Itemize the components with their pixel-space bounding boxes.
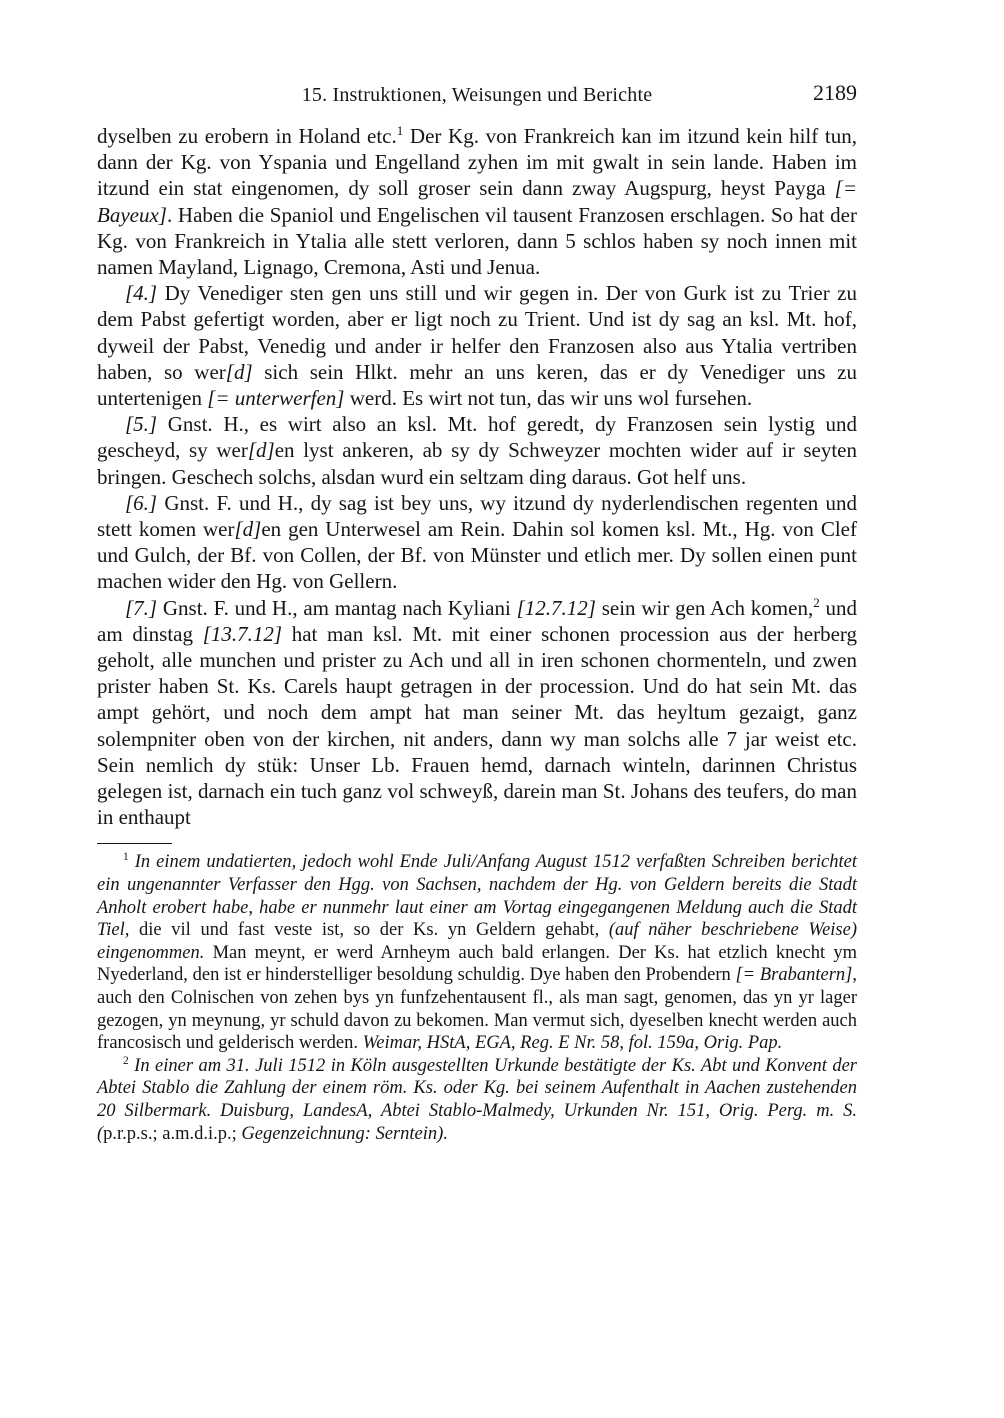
italic-text-run: [7.] — [125, 596, 157, 620]
body-text: dyselben zu erobern in Holand etc.1 Der … — [97, 123, 857, 830]
text-run: Gnst. F. und H., am mantag nach Kyliani — [157, 596, 516, 620]
body-paragraph: dyselben zu erobern in Holand etc.1 Der … — [97, 123, 857, 280]
italic-text-run: [4.] — [125, 281, 157, 305]
italic-text-run: Gegenzeichnung: Serntein). — [237, 1124, 448, 1144]
body-paragraph: [6.] Gnst. F. und H., dy sag ist bey uns… — [97, 490, 857, 595]
italic-text-run: [= unterwerfen] — [207, 386, 344, 410]
running-title: 15. Instruktionen, Weisungen und Bericht… — [302, 84, 653, 106]
italic-text-run: [13.7.12] — [203, 622, 282, 646]
footnote-list: 1 In einem undatierten, jedoch wohl Ende… — [97, 851, 857, 1145]
italic-text-run: [d] — [248, 438, 275, 462]
text-run: p.r.p.s.; a.m.d.i.p.; — [103, 1124, 237, 1144]
italic-text-run: [6.] — [125, 491, 157, 515]
italic-text-run: Weimar, HStA, EGA, Reg. E Nr. 58, fol. 1… — [363, 1033, 783, 1053]
text-run: sein wir gen Ach komen, — [596, 596, 813, 620]
text-run: hat man ksl. Mt. mit einer schonen proce… — [97, 622, 857, 829]
italic-text-run: [d] — [226, 360, 253, 384]
page-number: 2189 — [813, 81, 857, 105]
italic-text-run: [5.] — [125, 412, 157, 436]
footnote-separator — [97, 843, 172, 844]
page-header: 15. Instruktionen, Weisungen und Bericht… — [97, 83, 857, 107]
italic-text-run: [d] — [234, 517, 261, 541]
body-paragraph: [4.] Dy Venediger sten gen uns still und… — [97, 280, 857, 411]
text-run: dyselben zu erobern in Holand etc. — [97, 124, 397, 148]
text-run: . Haben die Spaniol und Engelischen vil … — [97, 203, 857, 279]
footnote: 1 In einem undatierten, jedoch wohl Ende… — [97, 851, 857, 1054]
footnotes-section: 1 In einem undatierten, jedoch wohl Ende… — [97, 843, 857, 1145]
footnote: 2 In einer am 31. Juli 1512 in Köln ausg… — [97, 1055, 857, 1145]
text-run: werd. Es wirt not tun, das wir uns wol f… — [344, 386, 752, 410]
text-run: die vil und fast veste ist, so der Ks. y… — [129, 920, 608, 940]
book-page: 15. Instruktionen, Weisungen und Bericht… — [0, 0, 1004, 1418]
body-paragraph: [5.] Gnst. H., es wirt also an ksl. Mt. … — [97, 411, 857, 490]
italic-text-run: [= Brabantern] — [735, 965, 852, 985]
italic-text-run: [12.7.12] — [517, 596, 596, 620]
body-paragraph: [7.] Gnst. F. und H., am mantag nach Kyl… — [97, 595, 857, 831]
